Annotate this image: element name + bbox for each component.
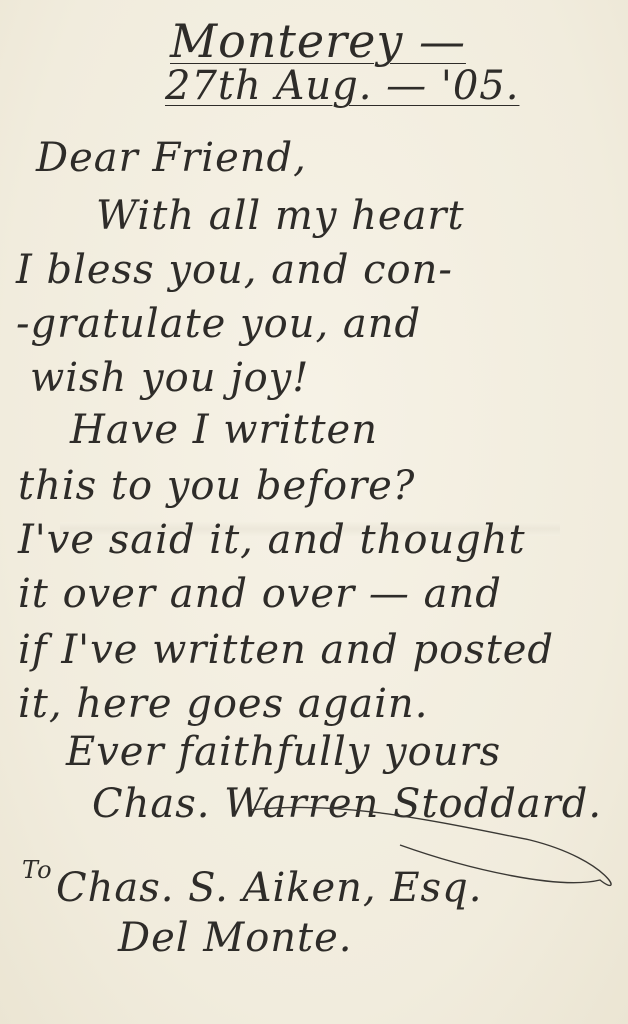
letter-recipient: Chas. S. Aiken, Esq. [56,868,482,908]
recipient-prefix: To [22,858,53,882]
letter-recipient-location: Del Monte. [118,918,353,958]
